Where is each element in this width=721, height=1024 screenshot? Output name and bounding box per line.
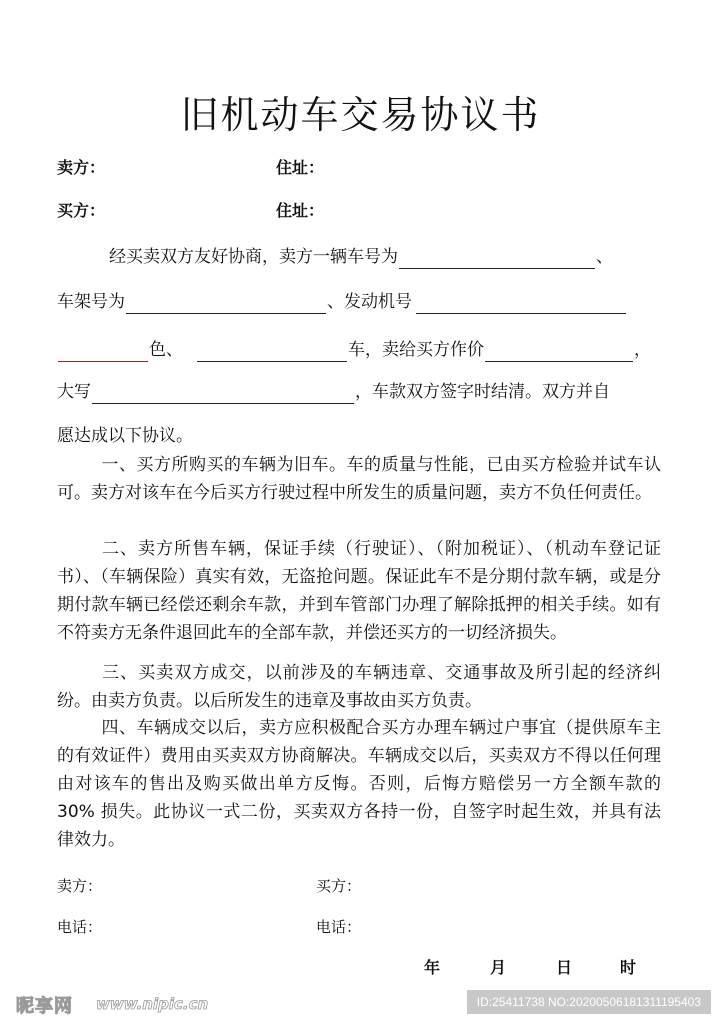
- clause-2-text: 二、卖方所售车辆，保证手续（行驶证）、（附加税证）、（机动车登记证书）、（车辆保…: [57, 539, 661, 643]
- amount-words-label: 大写: [57, 382, 91, 402]
- date-month: 月: [490, 955, 506, 978]
- intro-line-4: 大写，车款双方签字时结清。双方并自: [57, 380, 610, 404]
- buyer-phone-label: 电话：: [316, 916, 361, 937]
- price-label: 车，卖给买方作价: [348, 340, 484, 360]
- intro-line-5: 愿达成以下协议。: [57, 424, 193, 448]
- date-day: 日: [556, 955, 572, 978]
- intro-comma-1: 、: [596, 247, 613, 267]
- intro-line-3: 色、车，卖给买方作价，: [57, 338, 651, 362]
- amount-words-blank[interactable]: [92, 385, 354, 404]
- payment-terms-text: ，车款双方签字时结清。双方并自: [355, 382, 610, 402]
- engine-number-blank[interactable]: [416, 295, 626, 314]
- frame-number-blank[interactable]: [126, 295, 326, 314]
- engine-number-label: 、发动机号: [327, 292, 412, 312]
- clause-3-text: 三、买卖双方成交，以前涉及的车辆违章、交通事故及所引起的经济纠纷。由卖方负责。以…: [57, 663, 661, 711]
- intro-comma-3: ，: [634, 340, 651, 360]
- seller-phone-label: 电话：: [57, 916, 102, 937]
- seller-signature-label: 卖方：: [57, 875, 102, 896]
- clause-1: 一、买方所购买的车辆为旧车。车的质量与性能，已由买方检验并试车认可。卖方对该车在…: [57, 451, 661, 507]
- vehicle-type-blank[interactable]: [197, 343, 347, 362]
- price-blank[interactable]: [485, 343, 633, 362]
- frame-number-label: 车架号为: [57, 292, 125, 312]
- clause-2: 二、卖方所售车辆，保证手续（行驶证）、（附加税证）、（机动车登记证书）、（车辆保…: [57, 535, 661, 647]
- buyer-address-label: 住址：: [276, 198, 324, 221]
- color-label: 色、: [149, 340, 183, 360]
- color-blank[interactable]: [58, 343, 148, 362]
- clause-4-text: 四、车辆成交以后，卖方应积极配合买方办理车辆过户事宜（提供原车主的有效证件）费用…: [57, 718, 661, 850]
- watermark-logo: 昵享网: [16, 992, 73, 1018]
- intro-line-1: 经买卖双方友好协商，卖方一辆车号为、: [57, 245, 613, 269]
- intro-line-2: 车架号为、发动机号: [57, 290, 627, 314]
- buyer-signature-label: 买方：: [316, 875, 361, 896]
- plate-number-blank[interactable]: [399, 250, 595, 269]
- agreement-page: 旧机动车交易协议书 卖方： 住址： 买方： 住址： 经买卖双方友好协商，卖方一辆…: [0, 0, 721, 1024]
- watermark-footer: 昵享网 www.nipic.cn ID:25411738 NO:20200506…: [0, 986, 721, 1024]
- watermark-id-badge: ID:25411738 NO:20200506181311195403: [467, 990, 711, 1014]
- clause-3: 三、买卖双方成交，以前涉及的车辆违章、交通事故及所引起的经济纠纷。由卖方负责。以…: [57, 659, 661, 715]
- buyer-label: 买方：: [57, 198, 105, 221]
- agreement-lead-text: 愿达成以下协议。: [57, 426, 193, 446]
- watermark-url: www.nipic.cn: [96, 995, 208, 1013]
- date-year: 年: [424, 955, 440, 978]
- seller-address-label: 住址：: [276, 155, 324, 178]
- document-title: 旧机动车交易协议书: [0, 84, 721, 139]
- intro-text-1: 经买卖双方友好协商，卖方一辆车号为: [109, 247, 398, 267]
- clause-1-text: 一、买方所购买的车辆为旧车。车的质量与性能，已由买方检验并试车认可。卖方对该车在…: [57, 455, 661, 503]
- seller-label: 卖方：: [57, 155, 105, 178]
- date-hour: 时: [620, 955, 636, 978]
- clause-4: 四、车辆成交以后，卖方应积极配合买方办理车辆过户事宜（提供原车主的有效证件）费用…: [57, 714, 661, 854]
